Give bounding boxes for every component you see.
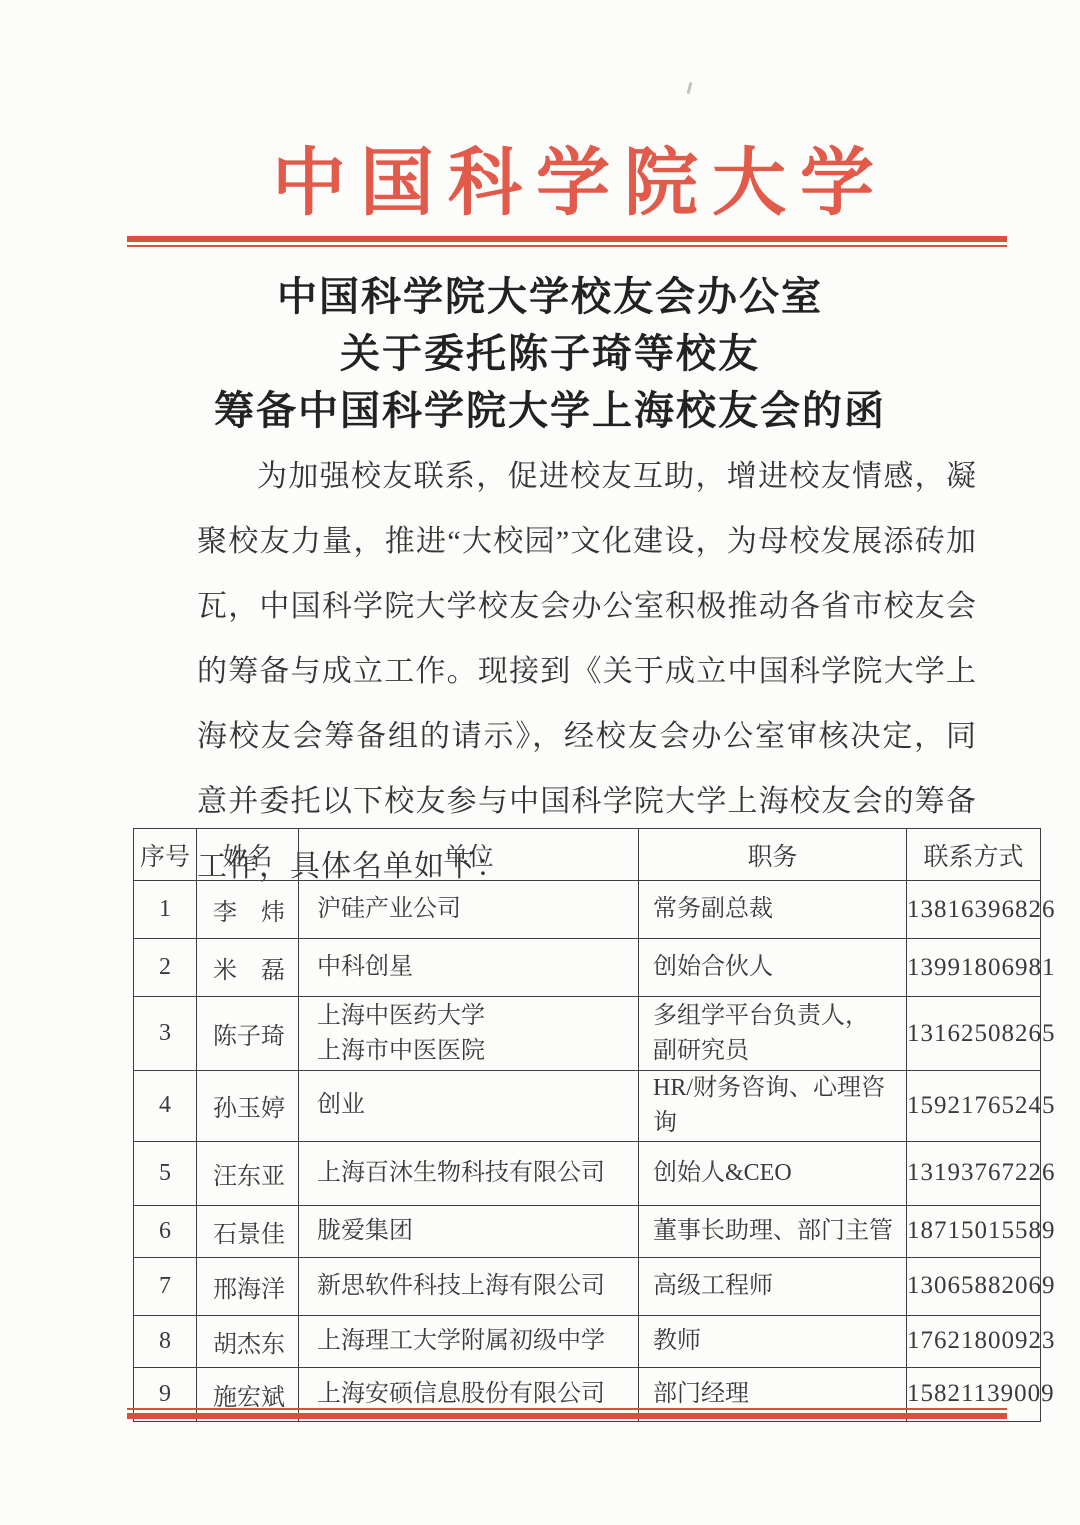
- cell-phone: 13065882069: [907, 1257, 1041, 1315]
- cell-duty: 创始人&CEO: [639, 1141, 907, 1205]
- table-row: 1 李 炜 沪硅产业公司 常务副总裁 13816396826: [134, 881, 1041, 939]
- cell-name: 孙玉婷: [197, 1071, 299, 1142]
- table-row: 7 邢海洋 新思软件科技上海有限公司 高级工程师 13065882069: [134, 1257, 1041, 1315]
- cell-no: 6: [134, 1205, 197, 1257]
- cell-unit: 中科创星: [299, 939, 639, 997]
- cell-name: 石景佳: [197, 1205, 299, 1257]
- header-cell-no: 序号: [134, 829, 197, 881]
- header-cell-phone: 联系方式: [907, 829, 1041, 881]
- document-title: 中国科学院大学校友会办公室 关于委托陈子琦等校友 筹备中国科学院大学上海校友会的…: [0, 268, 1080, 439]
- table-row: 3 陈子琦 上海中医药大学 上海市中医医院 多组学平台负责人， 副研究员 131…: [134, 997, 1041, 1071]
- header-cell-name: 姓名: [197, 829, 299, 881]
- cell-name: 邢海洋: [197, 1257, 299, 1315]
- letterhead-title: 中国科学院大学: [0, 124, 1080, 230]
- table-row: 4 孙玉婷 创业 HR/财务咨询、心理咨询 15921765245: [134, 1071, 1041, 1142]
- document-title-line-3: 筹备中国科学院大学上海校友会的函: [20, 382, 1080, 439]
- cell-unit: 上海百沐生物科技有限公司: [299, 1141, 639, 1205]
- table-row: 8 胡杰东 上海理工大学附属初级中学 教师 17621800923: [134, 1315, 1041, 1367]
- cell-name: 陈子琦: [197, 997, 299, 1071]
- scan-speck: [687, 82, 693, 94]
- footer-double-rule: [127, 1408, 1007, 1419]
- cell-phone: 13816396826: [907, 881, 1041, 939]
- cell-name: 汪东亚: [197, 1141, 299, 1205]
- cell-phone: 15921765245: [907, 1071, 1041, 1142]
- cell-unit: 上海理工大学附属初级中学: [299, 1315, 639, 1367]
- document-title-line-1: 中国科学院大学校友会办公室: [20, 268, 1080, 325]
- header-cell-unit: 单位: [299, 829, 639, 881]
- cell-name: 米 磊: [197, 939, 299, 997]
- cell-duty: 多组学平台负责人， 副研究员: [639, 997, 907, 1071]
- cell-phone: 13193767226: [907, 1141, 1041, 1205]
- cell-unit: 胧爱集团: [299, 1205, 639, 1257]
- cell-no: 1: [134, 881, 197, 939]
- cell-unit: 上海中医药大学 上海市中医医院: [299, 997, 639, 1071]
- rule-thick-line: [127, 1413, 1007, 1419]
- cell-duty: 常务副总裁: [639, 881, 907, 939]
- cell-phone: 18715015589: [907, 1205, 1041, 1257]
- document-title-line-2: 关于委托陈子琦等校友: [20, 325, 1080, 382]
- document-page: 中国科学院大学 中国科学院大学校友会办公室 关于委托陈子琦等校友 筹备中国科学院…: [0, 0, 1080, 1525]
- cell-no: 7: [134, 1257, 197, 1315]
- cell-duty: 创始合伙人: [639, 939, 907, 997]
- header-cell-duty: 职务: [639, 829, 907, 881]
- letterhead-double-rule: [127, 236, 1007, 247]
- cell-no: 2: [134, 939, 197, 997]
- table-row: 2 米 磊 中科创星 创始合伙人 13991806981: [134, 939, 1041, 997]
- cell-no: 5: [134, 1141, 197, 1205]
- cell-name: 李 炜: [197, 881, 299, 939]
- cell-no: 3: [134, 997, 197, 1071]
- cell-unit: 创业: [299, 1071, 639, 1142]
- cell-phone: 17621800923: [907, 1315, 1041, 1367]
- cell-name: 胡杰东: [197, 1315, 299, 1367]
- cell-no: 4: [134, 1071, 197, 1142]
- table-row: 6 石景佳 胧爱集团 董事长助理、部门主管 18715015589: [134, 1205, 1041, 1257]
- cell-phone: 13162508265: [907, 997, 1041, 1071]
- cell-unit: 沪硅产业公司: [299, 881, 639, 939]
- roster-table: 序号 姓名 单位 职务 联系方式 1 李 炜 沪硅产业公司 常务副总裁 1381…: [133, 828, 1041, 1422]
- cell-no: 8: [134, 1315, 197, 1367]
- cell-duty: 教师: [639, 1315, 907, 1367]
- cell-duty: 董事长助理、部门主管: [639, 1205, 907, 1257]
- table-header-row: 序号 姓名 单位 职务 联系方式: [134, 829, 1041, 881]
- cell-duty: 高级工程师: [639, 1257, 907, 1315]
- rule-thin-line: [127, 245, 1007, 247]
- cell-phone: 13991806981: [907, 939, 1041, 997]
- cell-duty: HR/财务咨询、心理咨询: [639, 1071, 907, 1142]
- table-row: 5 汪东亚 上海百沐生物科技有限公司 创始人&CEO 13193767226: [134, 1141, 1041, 1205]
- cell-unit: 新思软件科技上海有限公司: [299, 1257, 639, 1315]
